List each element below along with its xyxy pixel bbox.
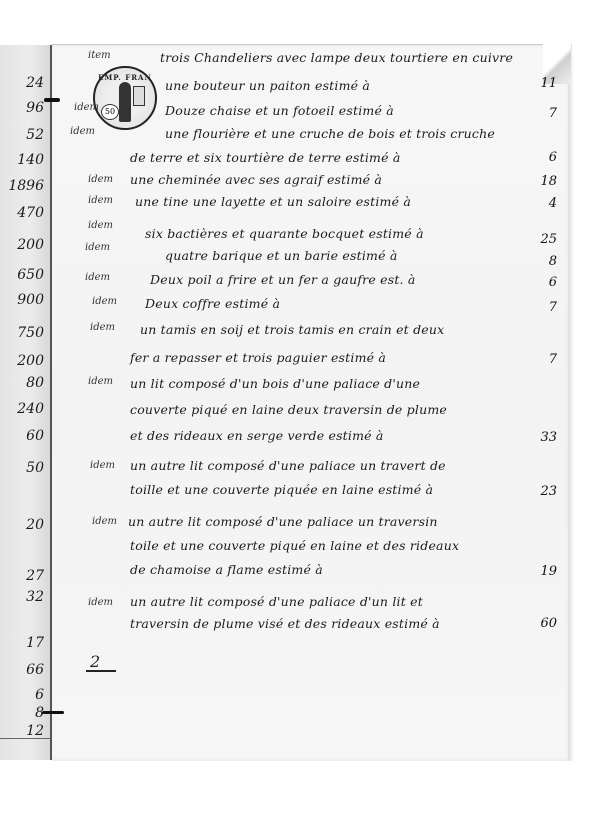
- entry-amount: 25: [540, 232, 557, 247]
- entry-amount: 4: [549, 196, 557, 211]
- binding-mark: [42, 711, 64, 714]
- binding-mark: [44, 98, 60, 102]
- entry-line: de terre et six tourtière de terre estim…: [130, 150, 401, 165]
- margin-amount: 80: [26, 375, 44, 391]
- entry-line: une tine une layette et un saloire estim…: [135, 194, 411, 209]
- idem-label: idem: [88, 376, 113, 387]
- entry-amount: 6: [549, 150, 557, 165]
- margin-amount: 200: [17, 353, 44, 369]
- entry-line: un autre lit composé d'une paliace d'un …: [130, 594, 423, 609]
- margin-amount: 750: [17, 325, 44, 341]
- entry-line: un autre lit composé d'une paliace un tr…: [128, 514, 438, 529]
- margin-amount: 20: [26, 517, 44, 533]
- stamp-tablet: [133, 86, 145, 106]
- idem-label: idem: [92, 296, 117, 307]
- entry-amount: 19: [540, 564, 557, 579]
- entry-line: couverte piqué en laine deux traversin d…: [130, 402, 447, 417]
- idem-label: idem: [90, 460, 115, 471]
- entry-line: toille et une couverte piquée en laine e…: [130, 482, 433, 497]
- entry-amount: 23: [540, 484, 557, 499]
- margin-amount: 50: [26, 460, 44, 476]
- entry-amount: 60: [540, 616, 557, 631]
- entry-line: Deux poil a frire et un fer a gaufre est…: [150, 272, 416, 287]
- entry-line: une bouteur un paiton estimé à: [165, 78, 370, 93]
- idem-label: idem: [70, 126, 95, 137]
- entry-line: et des rideaux en serge verde estimé à: [130, 428, 384, 443]
- entry-line: Douze chaise et un fotoeil estimé à: [165, 103, 394, 118]
- entry-amount: 7: [549, 352, 557, 367]
- entry-line: une flourière et une cruche de bois et t…: [165, 126, 495, 141]
- margin-amount: 96: [26, 100, 44, 116]
- entry-line: un tamis en soij et trois tamis en crain…: [140, 322, 444, 337]
- margin-amount: 12: [26, 723, 44, 739]
- idem-label: item: [88, 50, 111, 61]
- idem-label: idem: [88, 220, 113, 231]
- entry-amount: 11: [540, 76, 557, 91]
- entry-line: un lit composé d'un bois d'une paliace d…: [130, 376, 420, 391]
- entry-amount: 18: [540, 174, 557, 189]
- idem-label: idem: [88, 174, 113, 185]
- previous-page-margin: 24 96 52 140 1896 470 200 650 900 750 20…: [0, 45, 52, 760]
- entry-line: une cheminée avec ses agraif estimé à: [130, 172, 382, 187]
- entry-line: toile et une couverte piqué en laine et …: [130, 538, 459, 553]
- margin-amount: 32: [26, 589, 44, 605]
- idem-label: idem: [74, 102, 99, 113]
- margin-amount: 52: [26, 127, 44, 143]
- margin-amount: 200: [17, 237, 44, 253]
- margin-amount: 6: [35, 687, 44, 703]
- margin-amount: 900: [17, 292, 44, 308]
- stamp-figure: [119, 82, 131, 122]
- entry-line: fer a repasser et trois paguier estimé à: [130, 350, 386, 365]
- margin-amount: 240: [17, 401, 44, 417]
- margin-amount: 17: [26, 635, 44, 651]
- entry-amount: 7: [549, 300, 557, 315]
- idem-label: idem: [85, 242, 110, 253]
- margin-amount: 1896: [8, 178, 44, 194]
- entry-line: Deux coffre estimé à: [145, 296, 280, 311]
- idem-label: idem: [90, 322, 115, 333]
- entry-amount: 33: [540, 430, 557, 445]
- entry-amount: 8: [549, 254, 557, 269]
- margin-amount: 650: [17, 267, 44, 283]
- entry-amount: 6: [549, 275, 557, 290]
- idem-label: idem: [85, 272, 110, 283]
- entry-line: de chamoise a flame estimé à: [130, 562, 323, 577]
- margin-amount: 27: [26, 568, 44, 584]
- entry-amount: 7: [549, 106, 557, 121]
- entry-line: quatre barique et un barie estimé à: [165, 248, 398, 263]
- stamp-text: EMP. FRAN: [95, 73, 155, 82]
- idem-label: idem: [88, 195, 113, 206]
- margin-divider: [0, 738, 50, 739]
- page-edge: [568, 50, 574, 760]
- signature-mark: 2: [90, 652, 100, 671]
- entry-line: traversin de plume visé et des rideaux e…: [130, 616, 440, 631]
- entry-line: six bactières et quarante bocquet estimé…: [145, 226, 424, 241]
- margin-amount: 470: [17, 205, 44, 221]
- idem-label: idem: [88, 597, 113, 608]
- idem-label: idem: [92, 516, 117, 527]
- margin-amount: 140: [17, 152, 44, 168]
- tax-stamp-icon: EMP. FRAN 50: [93, 66, 157, 130]
- margin-amount: 24: [26, 75, 44, 91]
- margin-amount: 66: [26, 662, 44, 678]
- entry-line: trois Chandeliers avec lampe deux tourti…: [160, 50, 513, 65]
- entry-line: un autre lit composé d'une paliace un tr…: [130, 458, 446, 473]
- stamp-value: 50: [101, 104, 119, 120]
- margin-amount: 60: [26, 428, 44, 444]
